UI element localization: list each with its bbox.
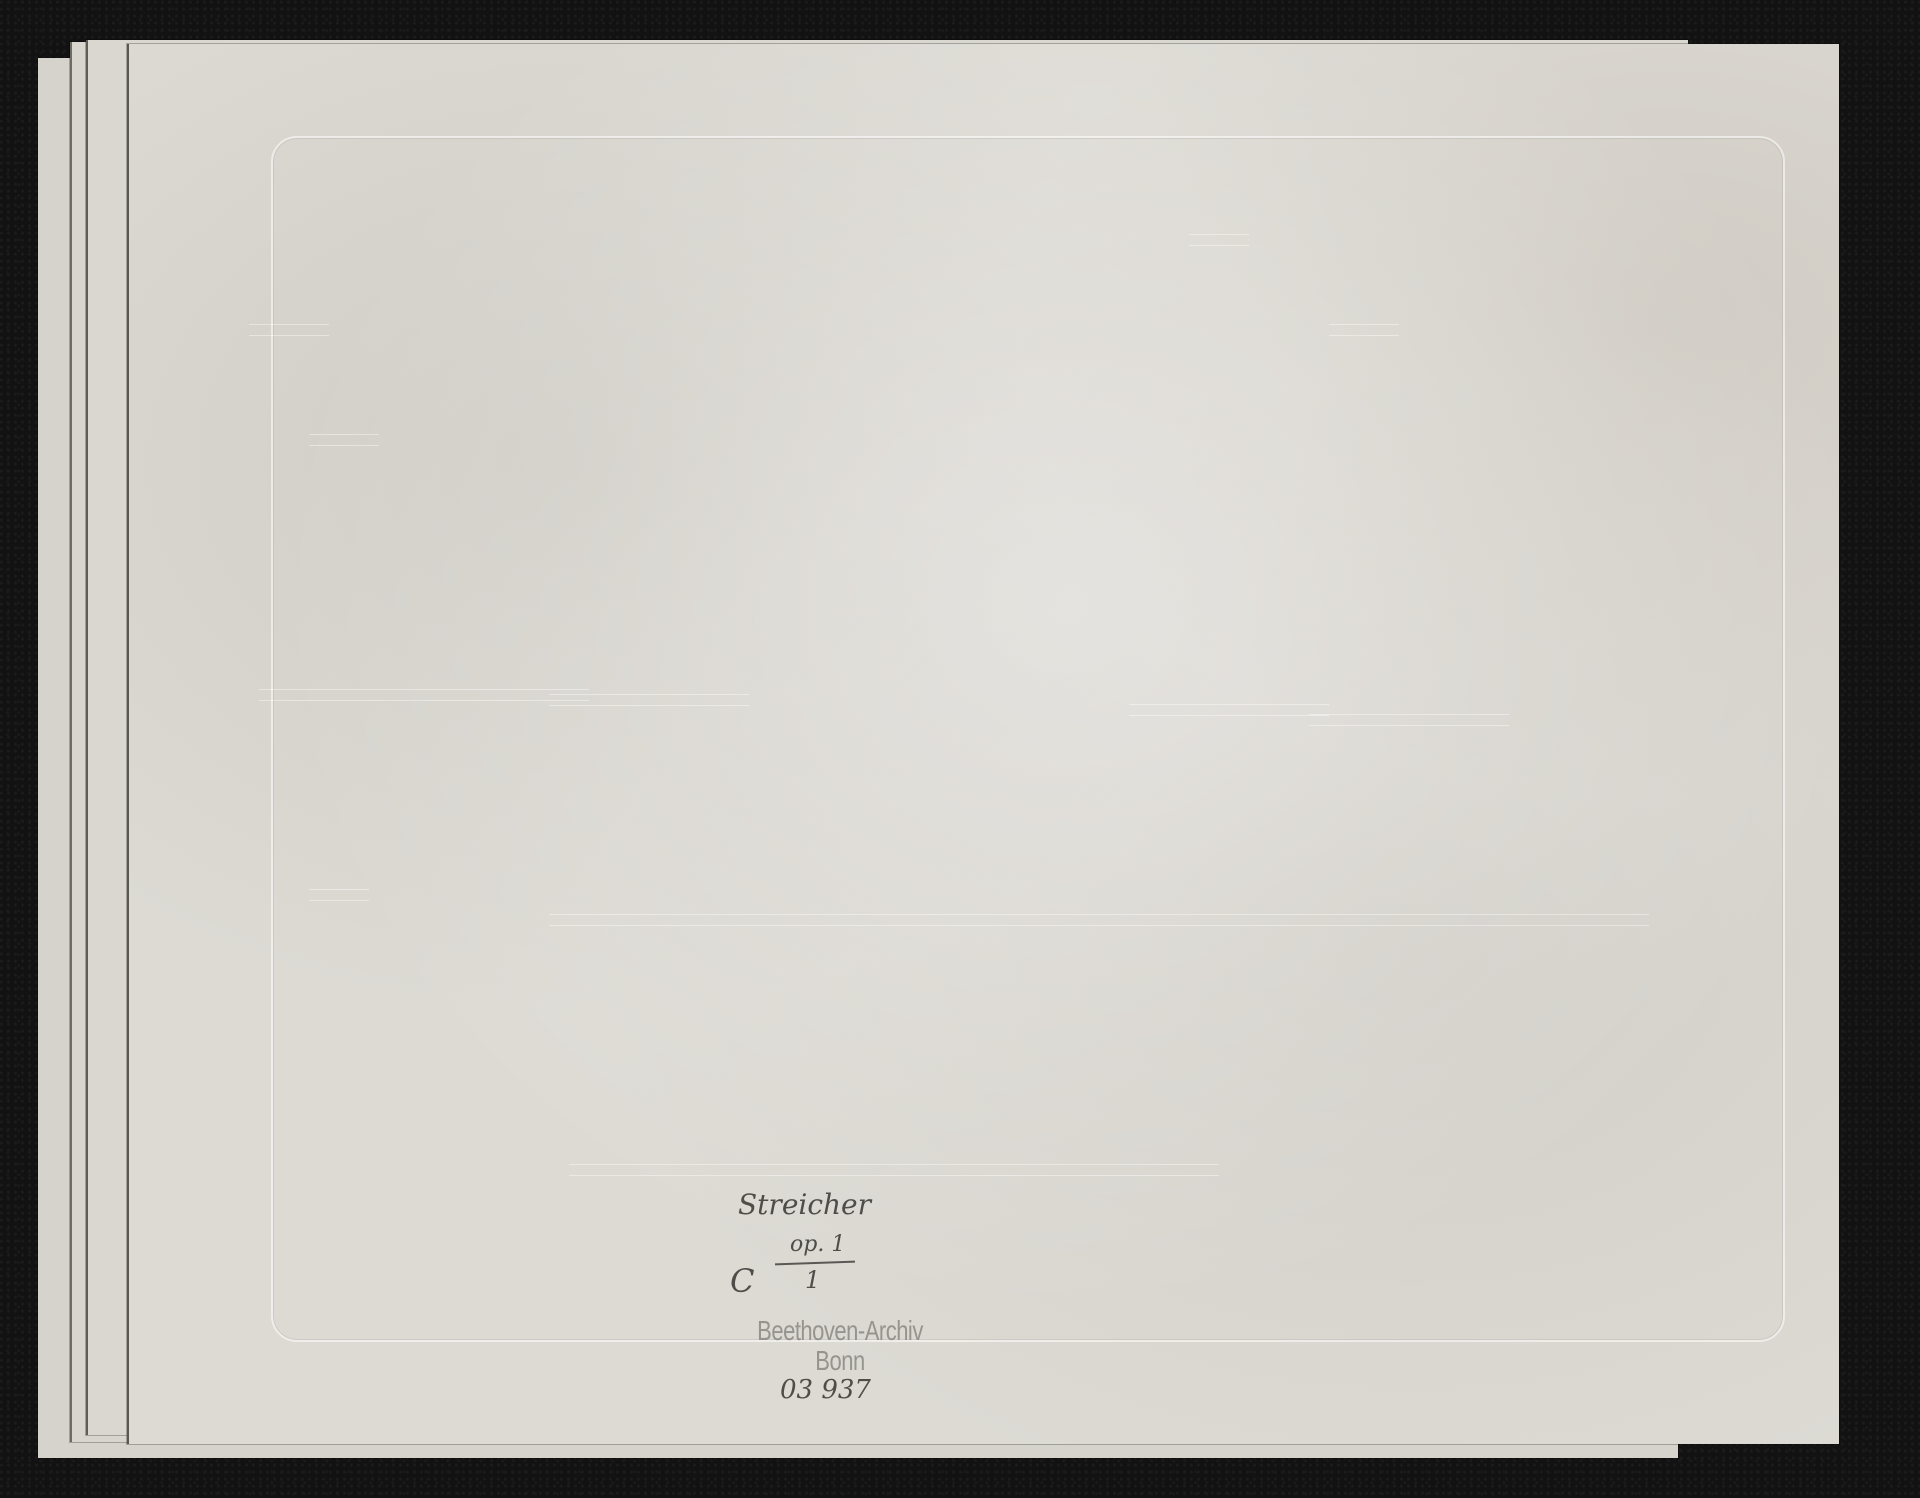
staff-impression bbox=[1329, 324, 1399, 336]
staff-impression bbox=[259, 689, 589, 701]
staff-impression bbox=[309, 434, 379, 446]
pencil-opus-numerator: op. 1 bbox=[790, 1232, 845, 1257]
staff-impression bbox=[569, 1164, 1219, 1176]
staff-impression bbox=[549, 914, 1649, 926]
front-sheet bbox=[127, 44, 1839, 1444]
pencil-composer-note: Streicher bbox=[738, 1188, 871, 1221]
archive-stamp-name: Beethoven-Archiv bbox=[730, 1315, 950, 1348]
photo-background: Streicher C op. 1 1 Beethoven-Archiv Bon… bbox=[0, 0, 1920, 1498]
staff-impression bbox=[1189, 234, 1249, 246]
staff-impression bbox=[549, 694, 749, 706]
staff-impression bbox=[309, 889, 369, 901]
pencil-shelfmark: 03 937 bbox=[780, 1375, 871, 1405]
plate-mark bbox=[271, 136, 1785, 1342]
archive-stamp-city: Bonn bbox=[730, 1345, 950, 1378]
pencil-classification-letter: C bbox=[730, 1262, 754, 1300]
pencil-opus-denominator: 1 bbox=[805, 1266, 820, 1294]
staff-impression bbox=[249, 324, 329, 336]
staff-impression bbox=[1129, 704, 1329, 716]
staff-impression bbox=[1309, 714, 1509, 726]
